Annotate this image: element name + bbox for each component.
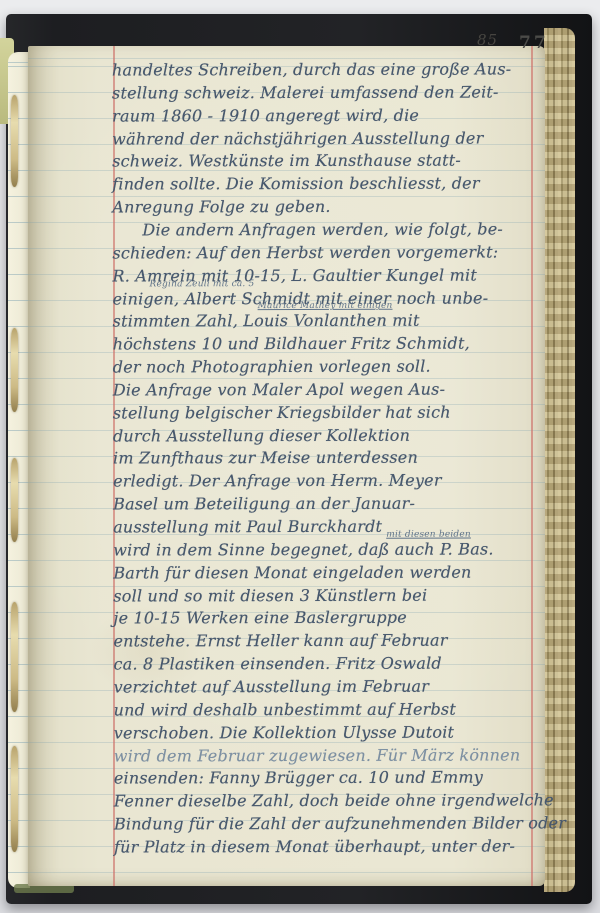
manuscript-line: soll und so mit diesen 3 Künstlern bei [113, 585, 427, 605]
manuscript-line: wird dem Februar zugewiesen. Für März kö… [114, 745, 521, 765]
manuscript-line: Basel um Beteiligung an der Januar- [113, 494, 415, 514]
manuscript-line: stellung schweiz. Malerei umfassend den … [112, 82, 499, 102]
manuscript-line: Anregung Folge zu geben. [112, 197, 330, 217]
manuscript-line: für Platz in diesem Monat überhaupt, unt… [114, 836, 515, 856]
manuscript-line: verschoben. Die Kollektion Ulysse Dutoit [114, 722, 454, 742]
manuscript-text: handeltes Schreiben, durch das eine groß… [0, 0, 600, 913]
manuscript-line: durch Ausstellung dieser Kollektion [113, 425, 410, 445]
manuscript-line: höchstens 10 und Bildhauer Fritz Schmidt… [113, 334, 470, 354]
interlinear-insertion: Regina Zeuli mit ca. 5 [150, 279, 255, 289]
manuscript-line: und wird deshalb unbestimmt auf Herbst [114, 699, 456, 719]
manuscript-line: ca. 8 Plastiken einsenden. Fritz Oswald [114, 654, 442, 674]
manuscript-line: Fenner dieselbe Zahl, doch beide ohne ir… [114, 791, 554, 811]
manuscript-line: Die Anfrage von Maler Apol wegen Aus- [113, 380, 445, 400]
manuscript-line: verzichtet auf Ausstellung im Februar [114, 677, 430, 697]
manuscript-line: schweiz. Westkünste im Kunsthause statt- [112, 151, 461, 171]
manuscript-line: erledigt. Der Anfrage von Herm. Meyer [113, 471, 442, 491]
manuscript-line: ausstellung mit Paul Burckhardt [113, 517, 382, 537]
manuscript-line: Die andern Anfragen werden, wie folgt, b… [142, 219, 503, 239]
manuscript-line: schieden: Auf den Herbst werden vorgemer… [112, 242, 498, 262]
manuscript-line: einsenden: Fanny Brügger ca. 10 und Emmy [114, 768, 483, 788]
manuscript-line: entstehe. Ernst Heller kann auf Februar [113, 631, 447, 651]
scanned-manuscript-photo: 85 77 handeltes Schreiben, durch das ein… [0, 0, 600, 913]
manuscript-line: Bindung für die Zahl der aufzunehmenden … [114, 813, 566, 833]
manuscript-line: raum 1860 - 1910 angeregt wird, die [112, 105, 419, 125]
manuscript-line: der noch Photographien vorlegen soll. [113, 357, 431, 377]
manuscript-line: stimmten Zahl, Louis Vonlanthen mit [113, 311, 420, 331]
interlinear-insertion: Maurice Mathey mit einigen [258, 301, 393, 311]
manuscript-line: finden sollte. Die Komission beschliesst… [112, 174, 479, 194]
manuscript-line: handeltes Schreiben, durch das eine groß… [112, 59, 511, 79]
manuscript-line: wird in dem Sinne begegnet, daß auch P. … [113, 539, 493, 559]
manuscript-line: stellung belgischer Kriegsbilder hat sic… [113, 402, 451, 422]
manuscript-line: je 10-15 Werken eine Baslergruppe [113, 608, 407, 628]
manuscript-line: Barth für diesen Monat eingeladen werden [113, 562, 471, 582]
manuscript-line: im Zunfthaus zur Meise unterdessen [113, 448, 418, 468]
manuscript-line: während der nächstjährigen Ausstellung d… [112, 128, 483, 148]
interlinear-insertion: mit diesen beiden [386, 529, 471, 539]
